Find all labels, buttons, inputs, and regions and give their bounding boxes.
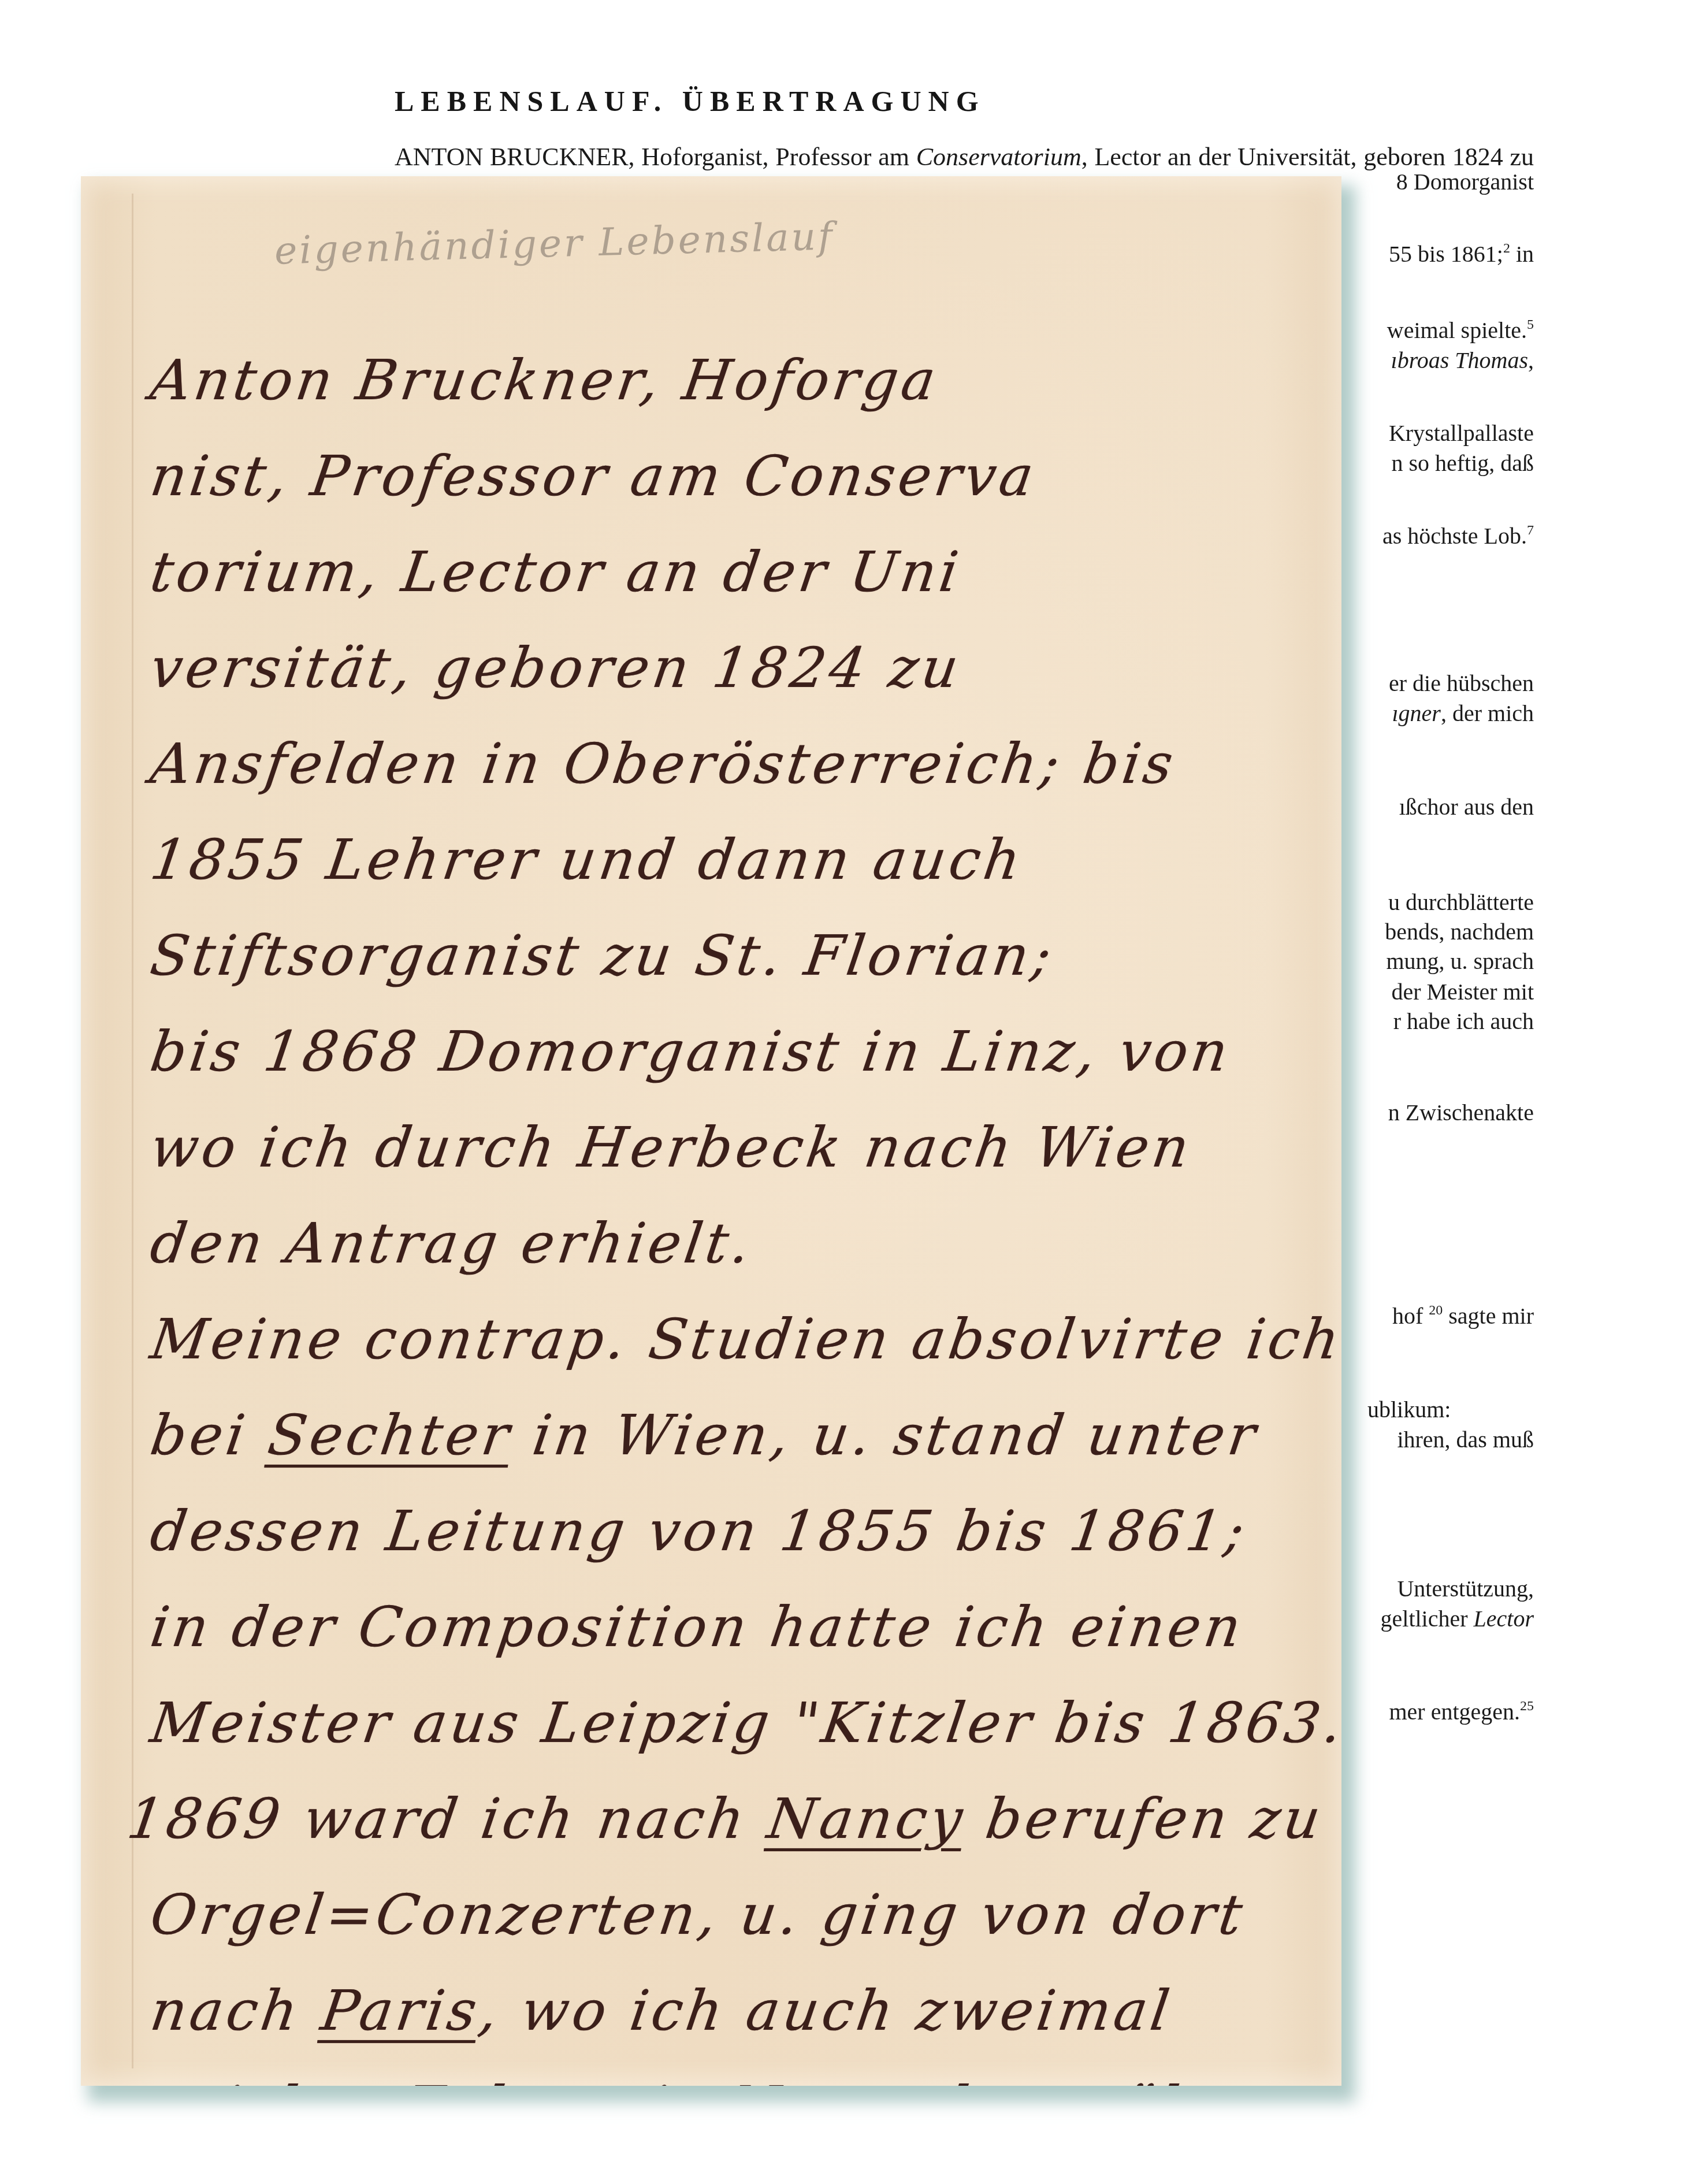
page-title: LEBENSLAUF. ÜBERTRAGUNG xyxy=(395,84,986,118)
fragment-text: u durchblätterte xyxy=(1388,889,1534,915)
fragment-text: ublikum: xyxy=(1367,1396,1451,1422)
handwriting-line: Anton Bruckner, Hoforga xyxy=(144,332,1336,428)
fragment-text: er die hübschen xyxy=(1389,670,1534,696)
body-text-fragment: n Zwischenakte xyxy=(1388,1101,1534,1124)
fragment-text: ihren, das muß xyxy=(1397,1427,1534,1453)
handwriting-line: versität, geboren 1824 zu xyxy=(144,620,1336,716)
handwriting-line: nach Paris, wo ich auch zweimal xyxy=(144,1963,1336,2059)
fragment-text: mung, u. sprach xyxy=(1386,948,1534,974)
handwriting-line: 1869 ward ich nach Nancy berufen zu xyxy=(121,1771,1336,1867)
fragment-text: weimal spielte. xyxy=(1387,317,1527,343)
body-text-fragment: ıßchor aus den xyxy=(1399,796,1534,819)
fragment-text: n Zwischenakte xyxy=(1388,1100,1534,1126)
footnote-marker[interactable]: 5 xyxy=(1527,317,1534,332)
body-text-fragment: hof 20 sagte mir xyxy=(1392,1305,1534,1328)
fragment-text: der Meister mit xyxy=(1391,979,1534,1005)
body-text-fragment: u durchblätterte xyxy=(1388,891,1534,914)
body-text-fragment: r habe ich auch xyxy=(1393,1010,1534,1033)
footnote-marker[interactable]: 2 xyxy=(1503,241,1510,256)
handwriting-line: wo ich durch Herbeck nach Wien xyxy=(144,1100,1336,1195)
fragment-text: n so heftig, daß xyxy=(1391,450,1534,476)
body-text-fragment: geltlicher Lector xyxy=(1381,1607,1534,1630)
footnote-marker[interactable]: 7 xyxy=(1527,523,1534,538)
fragment-text: as höchste Lob. xyxy=(1382,523,1527,549)
manuscript-handwriting: Anton Bruckner, Hoforganist, Professor a… xyxy=(144,332,1323,2086)
fragment-text: r habe ich auch xyxy=(1393,1008,1534,1034)
manuscript-pencil-annotation: eigenhändiger Lebenslauf xyxy=(274,214,835,273)
body-text-fragment: Krystallpallaste xyxy=(1389,422,1534,445)
body-text-fragment: mung, u. sprach xyxy=(1386,950,1534,973)
handwriting-line: bei Sechter in Wien, u. stand unter xyxy=(144,1387,1336,1483)
handwriting-line: nist, Professor am Conserva xyxy=(144,428,1336,524)
body-text-fragment: 8 Domorganist xyxy=(1396,170,1534,194)
fragment-text: geltlicher xyxy=(1381,1606,1474,1632)
intro-text-part2: , Lector an der Universität, geboren 182… xyxy=(1081,143,1534,171)
handwriting-line: Meister aus Leipzig "Kitzler bis 1863. xyxy=(144,1675,1336,1771)
handwriting-line: Meine contrap. Studien absolvirte ich xyxy=(144,1291,1336,1387)
body-text-fragment: 55 bis 1861;2 in xyxy=(1389,243,1534,266)
body-text-fragment: Unterstützung, xyxy=(1397,1577,1534,1600)
manuscript-image: eigenhändiger Lebenslauf Anton Bruckner,… xyxy=(81,176,1341,2086)
handwriting-line: Stiftsorganist zu St. Florian; xyxy=(144,908,1336,1004)
body-text-fragment: ıgner, der mich xyxy=(1392,702,1534,725)
handwriting-line: dessen Leitung von 1855 bis 1861; xyxy=(144,1483,1336,1579)
fragment-text: 8 Domorganist xyxy=(1396,169,1534,195)
underlined-word: Sechter xyxy=(264,1403,516,1468)
fragment-italic-text: ıgner xyxy=(1392,700,1441,726)
fragment-text: hof xyxy=(1392,1303,1429,1329)
fragment-italic-text: ıbroas Thomas xyxy=(1391,347,1528,373)
body-text-fragment: bends, nachdem xyxy=(1385,920,1534,944)
intro-text-part1: ANTON BRUCKNER, Hoforganist, Professor a… xyxy=(395,143,916,171)
handwriting-line: 1855 Lehrer und dann auch xyxy=(144,812,1336,908)
fragment-text-after: , xyxy=(1528,347,1534,373)
footnote-marker[interactable]: 25 xyxy=(1520,1699,1534,1714)
body-text-fragment: ıbroas Thomas, xyxy=(1391,349,1534,372)
underlined-word: Paris xyxy=(317,1978,484,2043)
handwriting-line: in der Composition hatte ich einen xyxy=(144,1579,1336,1675)
fragment-text: mer entgegen. xyxy=(1389,1699,1520,1725)
body-text-fragment: der Meister mit xyxy=(1391,980,1534,1004)
fragment-text: 55 bis 1861; xyxy=(1389,241,1503,267)
fragment-text-after: sagte mir xyxy=(1443,1303,1534,1329)
handwriting-line: Orgel=Conzerten, u. ging von dort xyxy=(144,1867,1336,1963)
handwriting-line: Ansfelden in Oberösterreich; bis xyxy=(144,716,1336,812)
body-text-fragment: n so heftig, daß xyxy=(1391,452,1534,475)
body-text-fragment: mer entgegen.25 xyxy=(1389,1700,1534,1724)
fragment-text-after: , der mich xyxy=(1441,700,1534,726)
handwriting-line: spielte. Zuletzt in Notre dame über xyxy=(144,2059,1336,2086)
body-text-fragment: ihren, das muß xyxy=(1397,1428,1534,1451)
body-text-fragment: er die hübschen xyxy=(1389,672,1534,695)
footnote-marker[interactable]: 20 xyxy=(1429,1303,1443,1318)
handwriting-line: den Antrag erhielt. xyxy=(144,1195,1336,1291)
handwriting-line: torium, Lector an der Uni xyxy=(144,524,1336,620)
body-text-fragment: as höchste Lob.7 xyxy=(1382,525,1534,548)
fragment-text: Unterstützung, xyxy=(1397,1576,1534,1602)
fragment-text: ıßchor aus den xyxy=(1399,794,1534,820)
fragment-text: Krystallpallaste xyxy=(1389,420,1534,446)
intro-text-italic: Conservatorium xyxy=(916,143,1081,171)
fragment-text: bends, nachdem xyxy=(1385,919,1534,945)
fragment-text-after: in xyxy=(1510,241,1534,267)
fragment-italic-text: Lector xyxy=(1474,1606,1534,1632)
body-text-fragment: ublikum: xyxy=(1367,1398,1451,1421)
intro-paragraph-line: ANTON BRUCKNER, Hoforganist, Professor a… xyxy=(395,144,1534,170)
body-text-fragment: weimal spielte.5 xyxy=(1387,319,1534,342)
underlined-word: Nancy xyxy=(764,1786,970,1851)
handwriting-line: bis 1868 Domorganist in Linz, von xyxy=(144,1004,1336,1100)
